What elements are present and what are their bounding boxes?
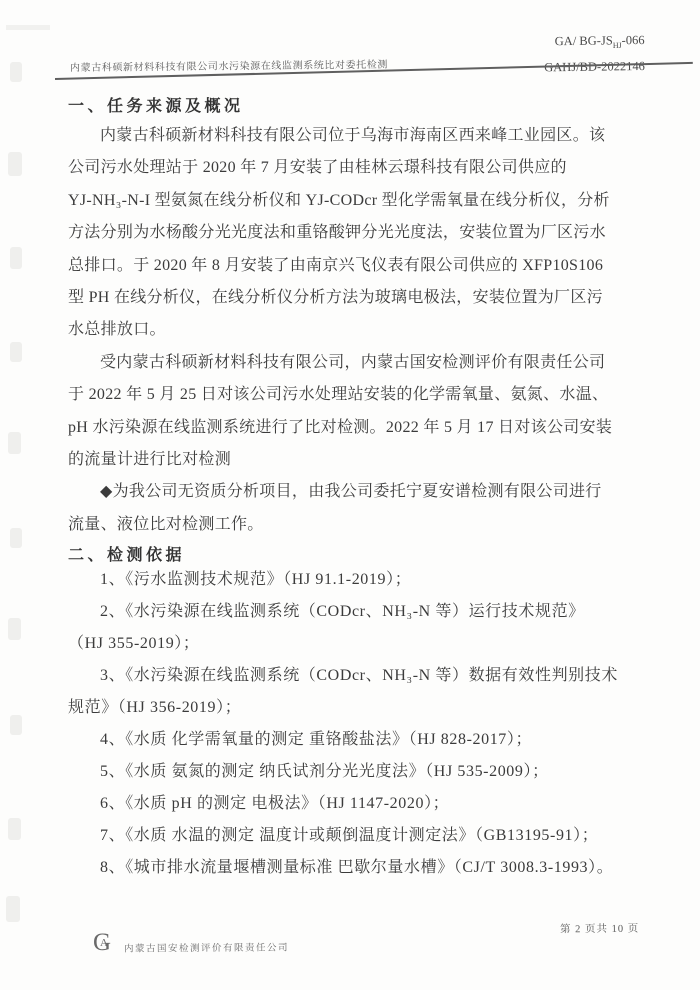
body-line: pH 水污染源在线监测系统进行了比对检测。2022 年 5 月 17 日对该公司… (68, 412, 646, 444)
standard-item: 6、《水质 pH 的测定 电极法》（HJ 1147-2020）； (68, 788, 646, 820)
header-doc-title: 内蒙古科硕新材料科技有限公司水污染源在线监测系统比对委托检测 (70, 54, 500, 74)
footer-company-name: 内蒙古国安检测评价有限责任公司 (124, 939, 289, 954)
body-line: 总排口。于 2020 年 8 月安装了由南京兴飞仪表有限公司供应的 XFP10S… (68, 250, 646, 282)
scan-artifact (8, 152, 22, 176)
scan-artifact (10, 715, 22, 735)
report-codes: GA/ BG-JSHJ-066 GAHJ/BD-2022146 (544, 30, 645, 77)
body-line: 于 2022 年 5 月 25 日对该公司污水处理站安装的化学需氧量、氨氮、水温… (68, 379, 646, 411)
body-line: 受内蒙古科硕新材料科技有限公司，内蒙古国安检测评价有限责任公司 (68, 347, 646, 379)
body-line: 流量、液位比对检测工作。 (68, 509, 646, 541)
standard-item: 2、《水污染源在线监测系统（CODcr、NH₃-N 等）运行技术规范》 (68, 596, 646, 628)
standard-item: 3、《水污染源在线监测系统（CODcr、NH₃-N 等）数据有效性判别技术 (68, 660, 646, 692)
logo-a-glyph: A (100, 937, 108, 949)
scan-artifact (8, 432, 21, 454)
scan-artifact (10, 62, 22, 82)
standard-item: 8、《城市排水流量堰槽测量标准 巴歇尔量水槽》（CJ/T 3008.3-1993… (68, 852, 646, 884)
scan-artifact (10, 342, 22, 362)
section-1-heading: 一、任务来源及概况 (68, 93, 244, 116)
section-2-standards-list: 1、《污水监测技术规范》（HJ 91.1-2019）； 2、《水污染源在线监测系… (68, 564, 646, 884)
body-line: 的流量计进行比对检测 (68, 444, 646, 476)
body-line: 内蒙古科硕新材料科技有限公司位于乌海市海南区西来峰工业园区。该 (68, 120, 646, 152)
page-number: 第 2 页共 10 页 (560, 921, 639, 937)
body-line: 型 PH 在线分析仪，在线分析仪分析方法为玻璃电极法，安装位置为厂区污 (68, 282, 646, 314)
standard-item-continuation: 规范》（HJ 356-2019）； (68, 692, 646, 724)
body-line: 水总排放口。 (68, 314, 646, 346)
standard-item: 4、《水质 化学需氧量的测定 重铬酸盐法》（HJ 828-2017）； (68, 724, 646, 756)
body-line: YJ-NH₃-N-I 型氨氮在线分析仪和 YJ-CODcr 型化学需氧量在线分析… (68, 185, 646, 217)
standard-item: 1、《污水监测技术规范》（HJ 91.1-2019）； (68, 564, 646, 596)
body-line: 公司污水处理站于 2020 年 7 月安装了由桂林云璟科技有限公司供应的 (68, 152, 646, 184)
section-1-body: 内蒙古科硕新材料科技有限公司位于乌海市海南区西来峰工业园区。该 公司污水处理站于… (68, 120, 646, 541)
body-line-diamond-note: ◆为我公司无资质分析项目，由我公司委托宁夏安谱检测有限公司进行 (68, 476, 646, 508)
company-logo: G A (93, 930, 119, 958)
standard-item-continuation: （HJ 355-2019）； (68, 628, 646, 660)
scan-artifact (10, 528, 22, 548)
section-2-heading: 二、检测依据 (68, 542, 185, 565)
body-line: 方法分别为水杨酸分光光度法和重铬酸钾分光光度法，安装位置为厂区污水 (68, 217, 646, 249)
standard-item: 5、《水质 氨氮的测定 纳氏试剂分光光度法》（HJ 535-2009）； (68, 756, 646, 788)
scan-artifact (8, 618, 21, 640)
standard-item: 7、《水质 水温的测定 温度计或颠倒温度计测定法》（GB13195-91）； (68, 820, 646, 852)
scan-artifact (6, 25, 50, 30)
scan-artifact (10, 247, 22, 269)
scanned-report-page: 内蒙古科硕新材料科技有限公司水污染源在线监测系统比对委托检测 GA/ BG-JS… (0, 0, 700, 990)
report-code-line-1: GA/ BG-JSHJ-066 (544, 30, 645, 57)
scan-artifact (6, 896, 20, 922)
scan-artifact (8, 818, 21, 840)
